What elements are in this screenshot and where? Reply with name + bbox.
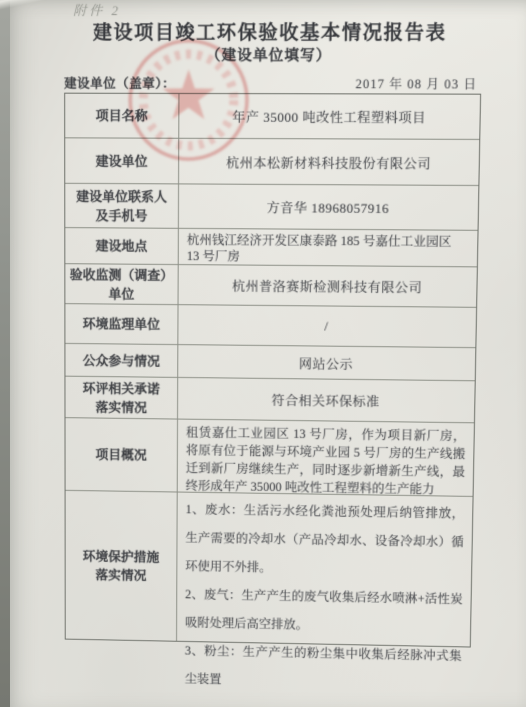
row-label: 项目概况 xyxy=(65,418,178,491)
row-value: 符合相关环保标准 xyxy=(178,378,475,422)
row-value: 杭州本松新材料科技股份有限公司 xyxy=(179,139,479,185)
photo-of-document: 附件 2 建设项目竣工环保验收基本情况报告表 （建设单位填写） 建设单位（盖章）… xyxy=(0,0,526,707)
row-label: 建设单位 xyxy=(65,138,179,183)
table-row: 环评相关承诺 落实情况 符合相关环保标准 xyxy=(65,377,474,424)
row-value: 年产 35000 吨改性工程塑料项目 xyxy=(179,94,480,139)
row-value: 1、废水：生活污水经化粪池预处理后纳管排放，生产需要的冷却水（产品冷却水、设备冷… xyxy=(177,493,473,647)
row-label: 公众参与情况 xyxy=(65,344,178,377)
table-row: 建设地点 杭州钱江经济开发区康泰路 185 号嘉仕工业园区 13 号厂房 xyxy=(65,228,477,267)
document-content: 附件 2 建设项目竣工环保验收基本情况报告表 （建设单位填写） 建设单位（盖章）… xyxy=(11,0,526,706)
table-row: 建设单位联系人 及手机号 方音华 18968057916 xyxy=(65,184,478,231)
page-subtitle: （建设单位填写） xyxy=(61,44,479,66)
row-label: 建设单位联系人 及手机号 xyxy=(65,184,179,228)
row-label: 验收监测（调查） 单位 xyxy=(65,264,178,304)
row-label: 环评相关承诺 落实情况 xyxy=(65,377,178,419)
report-table: 项目名称 年产 35000 吨改性工程塑料项目 建设单位 杭州本松新材料科技股份… xyxy=(64,93,481,648)
row-value: 租赁嘉仕工业园区 13 号厂房，作为项目新厂房，将原有位于能源与环境产业园 5 … xyxy=(178,420,474,496)
table-row: 项目概况 租赁嘉仕工业园区 13 号厂房，作为项目新厂房，将原有位于能源与环境产… xyxy=(65,418,473,497)
row-value: 网站公示 xyxy=(178,345,475,380)
table-row: 项目名称 年产 35000 吨改性工程塑料项目 xyxy=(65,94,480,140)
unit-seal-label: 建设单位（盖章）： xyxy=(64,73,175,92)
table-row: 环境保护措施 落实情况 1、废水：生活污水经化粪池预处理后纳管排放，生产需要的冷… xyxy=(66,491,473,647)
seal-and-date-line: 建设单位（盖章）： 2017 年 08 月 03 日 xyxy=(64,73,479,92)
row-label: 建设地点 xyxy=(65,228,179,264)
page-title: 建设项目竣工环保验收基本情况报告表 xyxy=(61,17,479,45)
table-row: 公众参与情况 网站公示 xyxy=(65,344,475,381)
report-date: 2017 年 08 月 03 日 xyxy=(355,74,479,93)
row-value: 杭州普洛赛斯检测科技有限公司 xyxy=(179,265,477,307)
row-value: 方音华 18968057916 xyxy=(179,184,479,229)
table-row: 验收监测（调查） 单位 杭州普洛赛斯检测科技有限公司 xyxy=(65,264,477,308)
row-label: 项目名称 xyxy=(65,94,179,138)
row-value: / xyxy=(178,305,476,347)
table-row: 建设单位 杭州本松新材料科技股份有限公司 xyxy=(65,138,479,186)
row-label: 环境监理单位 xyxy=(65,304,178,344)
row-label: 环境保护措施 落实情况 xyxy=(66,491,178,641)
table-row: 环境监理单位 / xyxy=(65,304,476,348)
paper-sheet: 附件 2 建设项目竣工环保验收基本情况报告表 （建设单位填写） 建设单位（盖章）… xyxy=(10,0,526,707)
row-value: 杭州钱江经济开发区康泰路 185 号嘉仕工业园区 13 号厂房 xyxy=(179,229,478,267)
